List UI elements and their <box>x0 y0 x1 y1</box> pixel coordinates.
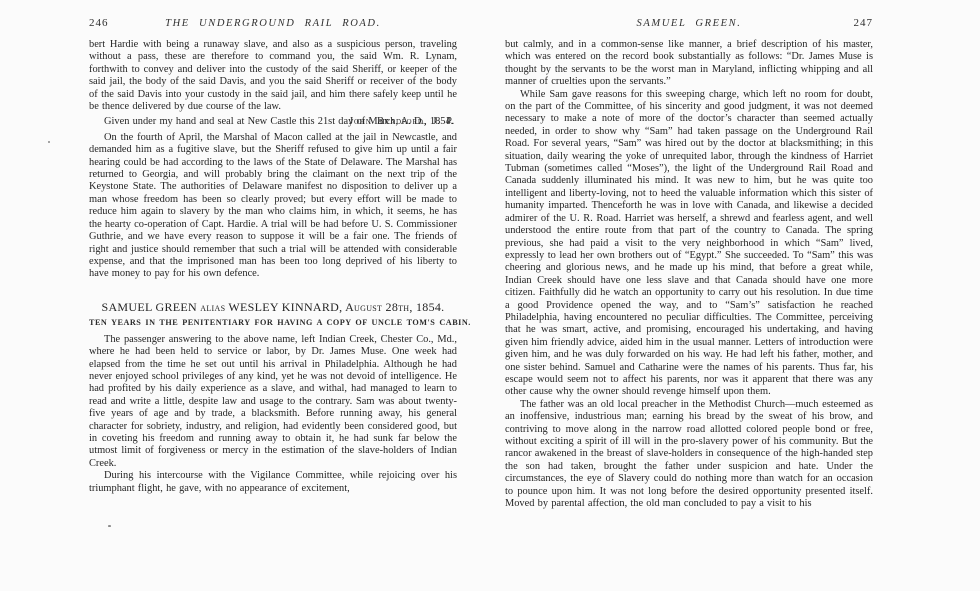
paragraph-continuation: bert Hardie with being a runaway slave, … <box>89 39 457 113</box>
left-running-title: THE UNDERGROUND RAIL ROAD. <box>135 18 411 29</box>
left-page: 246 THE UNDERGROUND RAIL ROAD. bert Hard… <box>89 17 457 495</box>
book-spread: 246 THE UNDERGROUND RAIL ROAD. bert Hard… <box>0 0 980 591</box>
right-page: SAMUEL GREEN. 247 but calmly, and in a c… <box>505 17 873 510</box>
print-speck <box>48 141 50 143</box>
paragraph-father-preacher: The father was an old local preacher in … <box>505 399 873 511</box>
right-running-title: SAMUEL GREEN. <box>551 18 827 29</box>
left-running-head: 246 THE UNDERGROUND RAIL ROAD. <box>89 17 457 29</box>
right-text-block: but calmly, and in a common-sense like m… <box>505 39 873 510</box>
left-page-number: 246 <box>89 17 135 29</box>
paragraph-sam-story: While Sam gave reasons for this sweeping… <box>505 89 873 399</box>
paragraph-passenger-description: The passenger answering to the above nam… <box>89 334 457 470</box>
paragraph-master-description: but calmly, and in a common-sense like m… <box>505 39 873 89</box>
section-heading: SAMUEL GREEN alias WESLEY KINNARD, Augus… <box>89 300 457 315</box>
paragraph-vigilance-committee: During his intercourse with the Vigilanc… <box>89 470 457 495</box>
print-speck <box>108 525 111 527</box>
left-text-block: bert Hardie with being a runaway slave, … <box>89 39 457 495</box>
right-running-head: SAMUEL GREEN. 247 <box>505 17 873 29</box>
paragraph-marshal-account: On the fourth of April, the Marshal of M… <box>89 132 457 281</box>
section-subheading: TEN YEARS IN THE PENITENTIARY FOR HAVING… <box>89 318 457 327</box>
right-page-number: 247 <box>827 17 873 29</box>
